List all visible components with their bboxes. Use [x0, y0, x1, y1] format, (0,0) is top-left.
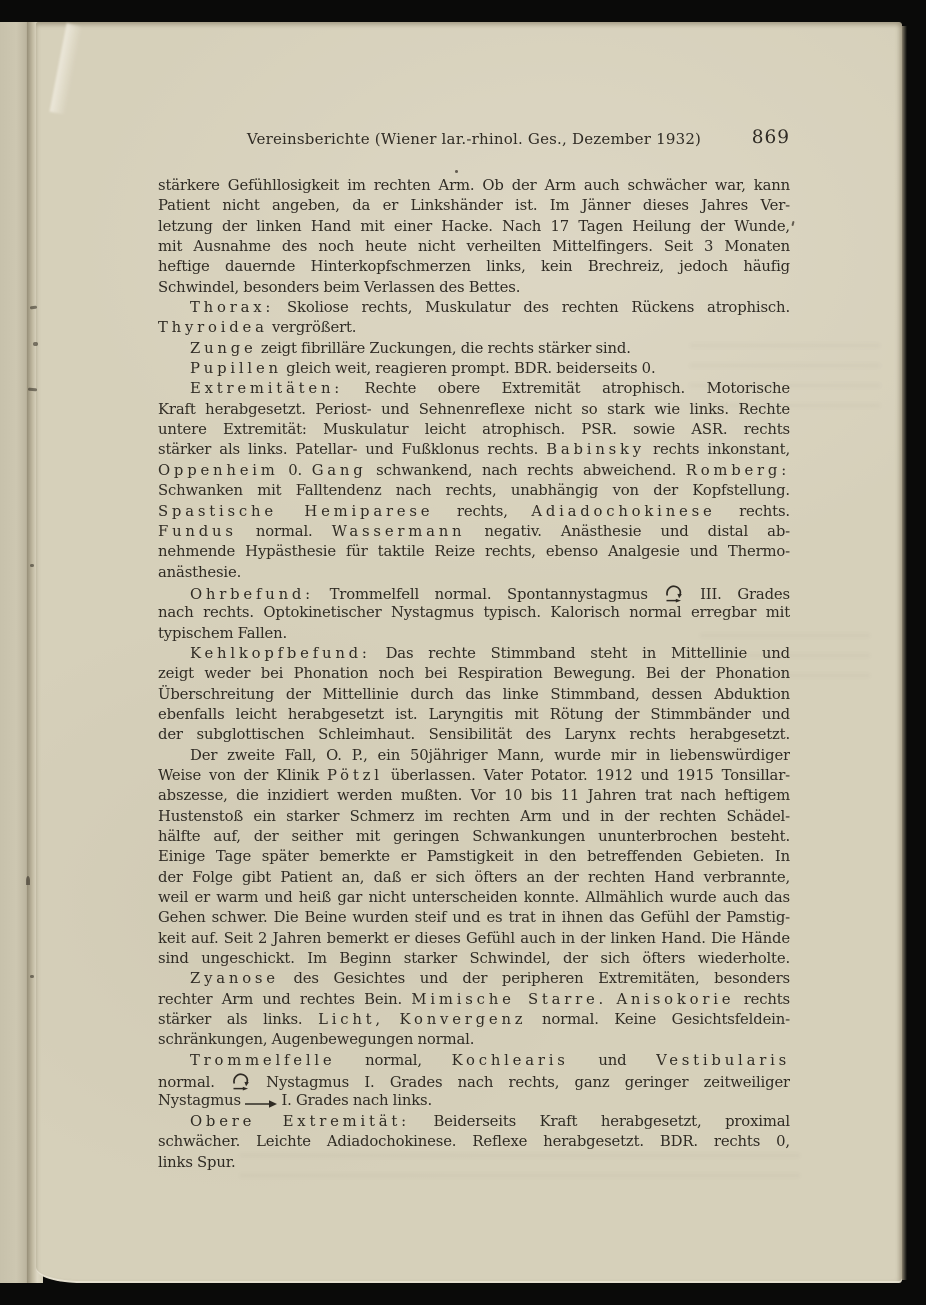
spaced-term: Pupillen — [190, 360, 282, 377]
text-segment: sind ungeschickt. Im Beginn starker Schw… — [158, 950, 790, 967]
text-segment: Schwanken mit Falltendenz nach rechts, u… — [158, 482, 790, 499]
spaced-term: Kehlkopfbefund: — [190, 645, 371, 662]
spaced-term: Wassermann — [332, 523, 466, 540]
text-segment: Schwindel, besonders beim Verlassen des … — [158, 279, 520, 296]
text-line: Spastische Hemiparese rechts, Adiadochok… — [158, 502, 790, 522]
text-line: Zunge zeigt fibrilläre Zuckungen, die re… — [158, 339, 790, 359]
text-line: Thyroidea vergrößert. — [158, 318, 790, 338]
paper-speck — [455, 170, 458, 173]
long-right-arrow-icon — [245, 1099, 277, 1109]
text-line: Überschreitung der Mittellinie durch das… — [158, 685, 790, 705]
spaced-term: Thorax: — [190, 299, 274, 316]
text-line: anästhesie. — [158, 563, 790, 583]
text-segment: stärker als links. Patellar- und Fußklon… — [158, 441, 546, 458]
spaced-term: Zyanose — [190, 970, 279, 987]
page-number: 869 — [752, 127, 790, 148]
spaced-term: Trommelfelle — [190, 1052, 335, 1069]
spaced-term: Ohrbefund: — [190, 586, 314, 603]
spaced-term: Mimische Starre. — [411, 991, 607, 1008]
text-body: stärkere Gefühllosigkeit im rechten Arm.… — [158, 176, 790, 1173]
text-line: Kehlkopfbefund: Das rechte Stimmband ste… — [158, 644, 790, 664]
text-segment: des Gesichtes und der peripheren Extremi… — [279, 970, 790, 987]
margin-mark — [28, 388, 37, 392]
text-line: sind ungeschickt. Im Beginn starker Schw… — [158, 949, 790, 969]
text-line: heftige dauernde Hinterkopfschmerzen lin… — [158, 257, 790, 277]
text-segment: Kraft herabgesetzt. Periost- und Sehnenr… — [158, 401, 790, 418]
text-line: Zyanose des Gesichtes und der peripheren… — [158, 969, 790, 989]
text-line: ebenfalls leicht herabgesetzt ist. Laryn… — [158, 705, 790, 725]
text-line: stärkere Gefühllosigkeit im rechten Arm.… — [158, 176, 790, 196]
text-segment: rechts, — [433, 503, 531, 520]
text-segment: ebenfalls leicht herabgesetzt ist. Laryn… — [158, 706, 790, 723]
spaced-term: Licht, — [318, 1011, 384, 1028]
text-segment: heftige dauernde Hinterkopfschmerzen lin… — [158, 258, 790, 275]
text-segment: links Spur. — [158, 1154, 236, 1171]
running-title: Vereinsberichte (Wiener lar.-rhinol. Ges… — [158, 130, 790, 148]
text-line: nach rechts. Optokinetischer Nystagmus t… — [158, 603, 790, 623]
margin-mark — [26, 876, 30, 885]
text-line: Thorax: Skoliose rechts, Muskulatur des … — [158, 298, 790, 318]
spaced-term: Zunge — [190, 340, 257, 357]
text-line: schränkungen, Augenbewegungen normal. — [158, 1030, 790, 1050]
text-line: Oppenheim 0. Gang schwankend, nach recht… — [158, 461, 790, 481]
text-line: Hustenstoß ein starker Schmerz im rechte… — [158, 807, 790, 827]
text-segment: Nystagmus — [158, 1092, 245, 1109]
text-segment: normal. Keine Gesichtsfeldein- — [526, 1011, 790, 1028]
text-segment: Weise von der Klinik — [158, 767, 327, 784]
text-segment: 0. — [279, 462, 312, 479]
text-line: Fundus normal. Wassermann negativ. Anäst… — [158, 522, 790, 542]
text-segment: stärkere Gefühllosigkeit im rechten Arm.… — [158, 177, 790, 194]
text-line: untere Extremität: Muskulatur leicht atr… — [158, 420, 790, 440]
text-line: der Folge gibt Patient an, daß er sich ö… — [158, 868, 790, 888]
text-segment: anästhesie. — [158, 564, 241, 581]
text-line: Patient nicht angeben, da er Linkshänder… — [158, 196, 790, 216]
text-line: Ohrbefund: Trommelfell normal. Spontanny… — [158, 583, 790, 603]
text-segment: Nystagmus I. Grades nach rechts, ganz ge… — [251, 1074, 790, 1091]
text-line: normal. Nystagmus I. Grades nach rechts,… — [158, 1071, 790, 1091]
page-edge-shadow — [902, 26, 907, 1280]
text-segment: der Folge gibt Patient an, daß er sich ö… — [158, 869, 790, 886]
text-line: keit auf. Seit 2 Jahren bemerkt er diese… — [158, 929, 790, 949]
text-segment: I. Grades nach links. — [277, 1092, 432, 1109]
text-line: rechter Arm und rechtes Bein. Mimische S… — [158, 990, 790, 1010]
spaced-term: Anisokorie — [616, 991, 734, 1008]
margin-mark — [33, 342, 38, 346]
text-segment: typischem Fallen. — [158, 625, 287, 642]
spaced-term: Romberg: — [686, 462, 790, 479]
text-segment: zeigt weder bei Phonation noch bei Respi… — [158, 665, 790, 682]
spaced-term: Konvergenz — [400, 1011, 527, 1028]
text-segment: zeigt fibrilläre Zuckungen, die rechts s… — [257, 340, 631, 357]
text-segment: schwächer. Leichte Adiadochokinese. Refl… — [158, 1133, 790, 1150]
text-segment: Skoliose rechts, Muskulatur des rechten … — [274, 299, 790, 316]
text-line: stärker als links. Licht, Konvergenz nor… — [158, 1010, 790, 1030]
text-segment: der subglottischen Schleimhaut. Sensibil… — [158, 726, 790, 743]
text-segment: mit Ausnahme des noch heute nicht verhei… — [158, 238, 790, 255]
spaced-term: Extremitäten: — [190, 380, 343, 397]
text-line: Extremitäten: Rechte obere Extremität at… — [158, 379, 790, 399]
spaced-term: Vestibularis — [656, 1052, 790, 1069]
text-segment: Gehen schwer. Die Beine wurden steif und… — [158, 909, 790, 926]
text-segment: abszesse, die inzidiert werden mußten. V… — [158, 787, 790, 804]
text-segment: normal. — [237, 523, 332, 540]
text-segment: Rechte obere Extremität atrophisch. Moto… — [343, 380, 790, 397]
margin-mark — [30, 975, 34, 978]
page-header: Vereinsberichte (Wiener lar.-rhinol. Ges… — [158, 130, 790, 152]
text-segment: und — [569, 1052, 656, 1069]
text-segment: stärker als links. — [158, 1011, 318, 1028]
text-segment: weil er warm und heiß gar nicht untersch… — [158, 889, 790, 906]
text-segment: schränkungen, Augenbewegungen normal. — [158, 1031, 474, 1048]
text-segment: überlassen. Vater Potator. 1912 und 1915… — [383, 767, 790, 784]
text-line: Schwanken mit Falltendenz nach rechts, u… — [158, 481, 790, 501]
text-line: Kraft herabgesetzt. Periost- und Sehnenr… — [158, 400, 790, 420]
text-segment: III. Grades — [684, 586, 790, 603]
text-line: Gehen schwer. Die Beine wurden steif und… — [158, 908, 790, 928]
text-line: weil er warm und heiß gar nicht untersch… — [158, 888, 790, 908]
spaced-term: Oppenheim — [158, 462, 279, 479]
margin-mark — [30, 564, 34, 567]
scanned-journal-page: { "document": { "header": { "title": "Ve… — [0, 0, 926, 1305]
text-segment: letzung der linken Hand mit einer Hacke.… — [158, 218, 790, 235]
text-segment — [384, 1011, 400, 1028]
spaced-term: Gang — [312, 462, 367, 479]
spaced-term: Adiadochokinese — [531, 503, 715, 520]
text-line: Weise von der Klinik Pötzl überlassen. V… — [158, 766, 790, 786]
spaced-term: Obere Extremität: — [190, 1113, 410, 1130]
text-segment: Das rechte Stimmband steht in Mittellini… — [371, 645, 790, 662]
text-segment: Hustenstoß ein starker Schmerz im rechte… — [158, 808, 790, 825]
text-segment: Überschreitung der Mittellinie durch das… — [158, 686, 790, 703]
text-line: abszesse, die inzidiert werden mußten. V… — [158, 786, 790, 806]
text-line: Einige Tage später bemerkte er Pamstigke… — [158, 847, 790, 867]
rotary-nystagmus-icon — [230, 1071, 251, 1091]
text-line: nehmende Hypästhesie für taktile Reize r… — [158, 542, 790, 562]
text-line: der subglottischen Schleimhaut. Sensibil… — [158, 725, 790, 745]
text-line: Der zweite Fall, O. P., ein 50jähriger M… — [158, 746, 790, 766]
text-line: zeigt weder bei Phonation noch bei Respi… — [158, 664, 790, 684]
text-segment: nach rechts. Optokinetischer Nystagmus t… — [158, 604, 790, 621]
facing-page-edge — [0, 22, 30, 1283]
text-segment: nehmende Hypästhesie für taktile Reize r… — [158, 543, 790, 560]
text-segment: Einige Tage später bemerkte er Pamstigke… — [158, 848, 790, 865]
text-segment: rechts. — [716, 503, 790, 520]
text-line: mit Ausnahme des noch heute nicht verhei… — [158, 237, 790, 257]
text-segment: untere Extremität: Muskulatur leicht atr… — [158, 421, 790, 438]
text-line: schwächer. Leichte Adiadochokinese. Refl… — [158, 1132, 790, 1152]
rotary-nystagmus-icon — [663, 583, 684, 603]
text-line: Nystagmus I. Grades nach links. — [158, 1091, 790, 1111]
text-line: Obere Extremität: Beiderseits Kraft hera… — [158, 1112, 790, 1132]
text-segment: negativ. Anästhesie und distal ab- — [465, 523, 790, 540]
text-line: hälfte auf, der seither mit geringen Sch… — [158, 827, 790, 847]
text-segment: Patient nicht angeben, da er Linkshänder… — [158, 197, 790, 214]
text-line: Pupillen gleich weit, reagieren prompt. … — [158, 359, 790, 379]
text-segment: Trommelfell normal. Spontannystagmus — [314, 586, 664, 603]
text-segment: rechts — [734, 991, 790, 1008]
text-segment: gleich weit, reagieren prompt. BDR. beid… — [282, 360, 656, 377]
text-line: typischem Fallen. — [158, 624, 790, 644]
text-segment: vergrößert. — [268, 319, 357, 336]
spaced-term: Kochlearis — [452, 1052, 569, 1069]
text-segment: normal. — [158, 1074, 230, 1091]
text-segment: rechts inkonstant, — [645, 441, 790, 458]
page-content: Vereinsberichte (Wiener lar.-rhinol. Ges… — [158, 130, 790, 152]
text-segment: hälfte auf, der seither mit geringen Sch… — [158, 828, 790, 845]
text-line: letzung der linken Hand mit einer Hacke.… — [158, 217, 790, 237]
text-segment: Der zweite Fall, O. P., ein 50jähriger M… — [190, 747, 790, 764]
spaced-term: Spastische Hemiparese — [158, 503, 433, 520]
text-segment: schwankend, nach rechts abweichend. — [367, 462, 686, 479]
text-segment: Beiderseits Kraft herabgesetzt, proximal — [410, 1113, 790, 1130]
text-segment: rechter Arm und rechtes Bein. — [158, 991, 411, 1008]
spaced-term: Fundus — [158, 523, 237, 540]
spaced-term: Pötzl — [327, 767, 383, 784]
spaced-term: Thyroidea — [158, 319, 268, 336]
text-line: Trommelfelle normal, Kochlearis und Vest… — [158, 1051, 790, 1071]
text-segment: keit auf. Seit 2 Jahren bemerkt er diese… — [158, 930, 790, 947]
text-segment: normal, — [335, 1052, 451, 1069]
text-line: Schwindel, besonders beim Verlassen des … — [158, 278, 790, 298]
text-line: links Spur. — [158, 1153, 790, 1173]
text-line: stärker als links. Patellar- und Fußklon… — [158, 440, 790, 460]
spaced-term: Babinsky — [546, 441, 645, 458]
